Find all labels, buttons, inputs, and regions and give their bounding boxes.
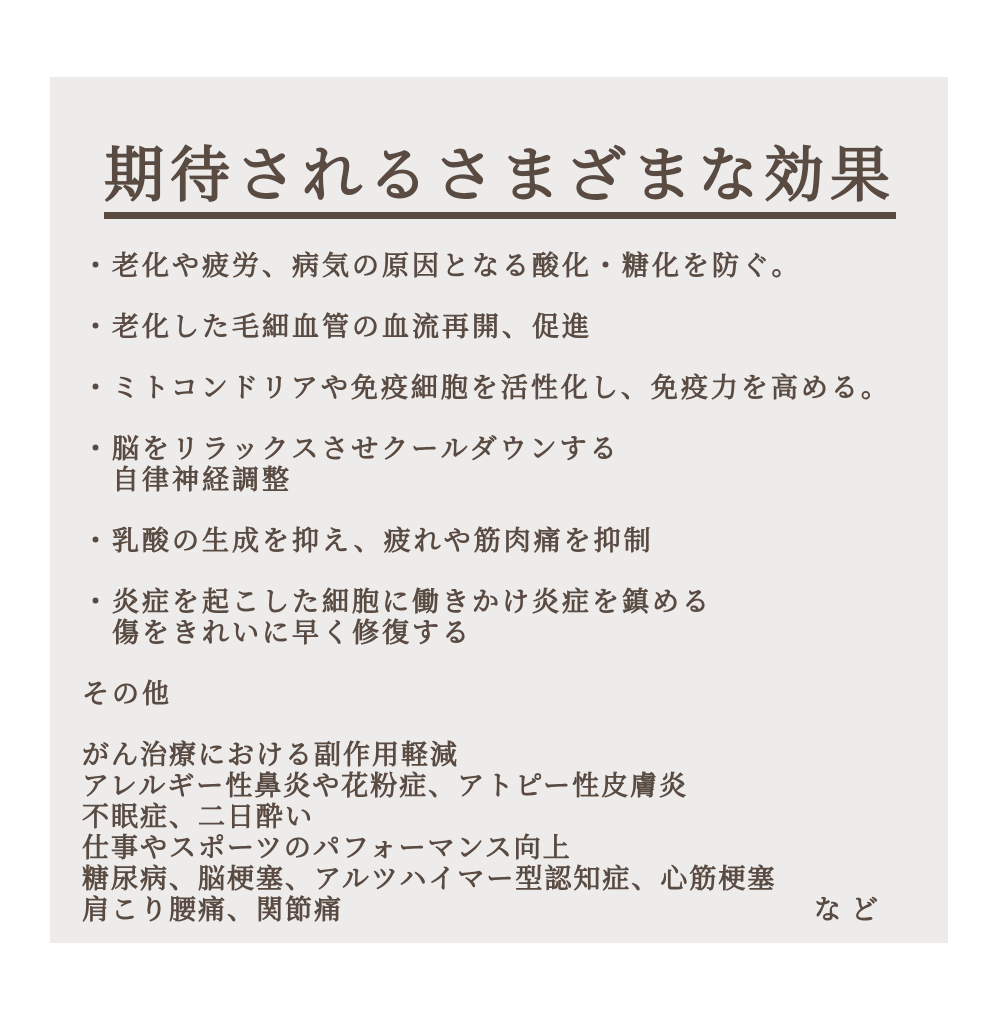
etc-label: など — [814, 895, 918, 926]
other-item-cancer: がん治療における副作用軽減 — [82, 740, 918, 771]
bullet-marker: ・ — [82, 251, 112, 281]
bullet-marker: ・ — [82, 434, 112, 464]
bullet-marker: ・ — [82, 526, 112, 556]
other-item-stiffness: 肩こり腰痛、関節痛 — [82, 895, 343, 926]
bullet-item-mitochondria: ・ミトコンドリアや免疫細胞を活性化し、免疫力を高める。 — [82, 373, 918, 404]
bullet-text: ミトコンドリアや免疫細胞を活性化し、免疫力を高める。 — [112, 373, 891, 403]
bullet-text: 炎症を起こした細胞に働きかけ炎症を鎮める — [112, 587, 712, 617]
bullet-item-oxidation: ・老化や疲労、病気の原因となる酸化・糖化を防ぐ。 — [82, 251, 918, 282]
other-item-insomnia: 不眠症、二日酔い — [82, 802, 918, 833]
other-item-diabetes: 糖尿病、脳梗塞、アルツハイマー型認知症、心筋梗塞 — [82, 864, 918, 895]
bullet-item-lactic-acid: ・乳酸の生成を抑え、疲れや筋肉痛を抑制 — [82, 526, 918, 557]
bullet-text-line2: 自律神経調整 — [82, 465, 918, 496]
effects-card: 期待されるさまざまな効果 ・老化や疲労、病気の原因となる酸化・糖化を防ぐ。 ・老… — [50, 77, 948, 943]
bullet-marker: ・ — [82, 312, 112, 342]
other-item-performance: 仕事やスポーツのパフォーマンス向上 — [82, 833, 918, 864]
bullet-item-inflammation: ・炎症を起こした細胞に働きかけ炎症を鎮める傷をきれいに早く修復する — [82, 587, 918, 649]
bullet-marker: ・ — [82, 373, 112, 403]
title-container: 期待されるさまざまな効果 — [82, 143, 918, 219]
bullet-text: 老化した毛細血管の血流再開、促進 — [112, 312, 592, 342]
bullet-item-relax: ・脳をリラックスさせクールダウンする自律神経調整 — [82, 434, 918, 496]
bullet-item-capillary: ・老化した毛細血管の血流再開、促進 — [82, 312, 918, 343]
other-item-allergy: アレルギー性鼻炎や花粉症、アトピー性皮膚炎 — [82, 771, 918, 802]
bullet-marker: ・ — [82, 587, 112, 617]
bullet-text: 老化や疲労、病気の原因となる酸化・糖化を防ぐ。 — [112, 251, 801, 281]
page-title: 期待されるさまざまな効果 — [104, 143, 896, 219]
bullet-text-line2: 傷をきれいに早く修復する — [82, 618, 918, 649]
bullet-text: 乳酸の生成を抑え、疲れや筋肉痛を抑制 — [112, 526, 654, 556]
others-heading: その他 — [82, 679, 918, 710]
bullet-text: 脳をリラックスさせクールダウンする — [112, 434, 620, 464]
other-item-stiffness-row: 肩こり腰痛、関節痛 など — [82, 895, 918, 926]
